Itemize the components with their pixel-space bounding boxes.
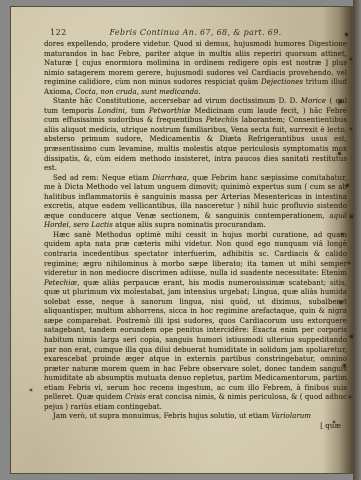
italic-text-run: Morice (301, 97, 326, 105)
text-run: atque aliis supra nominatis procurandam. (113, 221, 266, 229)
ink-speck (339, 100, 342, 103)
paragraph: Jam verò, ut supra monuimus, Febris huju… (44, 412, 347, 422)
text-run: Sed ad rem: Neque etiam (53, 174, 152, 182)
text-run: Stante hâc Constitutione, accersebar ad … (53, 97, 301, 105)
page-border-frame: 122 Febris Continua An. 67, 68, & part. … (10, 6, 353, 474)
italic-text-run: Variolarum (271, 412, 311, 420)
italic-text-run: Petechiæ (44, 279, 77, 287)
ink-speck (341, 233, 343, 235)
ink-speck (349, 396, 351, 398)
italic-text-run: Londini (98, 107, 125, 115)
scanned-book-page: 122 Febris Continua An. 67, 68, & part. … (0, 0, 361, 480)
text-run: , quæ aliàs perpaucæ erant, his modis nu… (44, 279, 347, 402)
italic-text-run: sero Lactis (73, 221, 112, 229)
running-title: Febris Continua An. 67, 68, & part. 69. (44, 28, 347, 37)
text-run: Hæc sanè Methodus optimè mihi cessit in … (44, 231, 347, 277)
ink-speck (30, 389, 32, 391)
paragraph: Stante hâc Constitutione, accersebar ad … (44, 97, 347, 173)
paragraph: Sed ad rem: Neque etiam Diarrhœa, quæ Fe… (44, 174, 347, 231)
ink-speck (346, 184, 349, 187)
italic-text-run: Dejectiones (261, 78, 303, 86)
text-run: laborantem; Consentientibus aliis aliquo… (44, 116, 347, 172)
italic-text-run: Diarrhœa (152, 174, 187, 182)
ink-speck (339, 301, 342, 304)
ink-speck (345, 33, 348, 36)
ink-speck (343, 364, 346, 367)
ink-speck (333, 421, 335, 423)
italic-text-run: Cocta, non cruda, sunt medicanda. (75, 88, 201, 96)
italic-text-run: Petworthiæ (149, 107, 191, 115)
ink-speck (350, 335, 353, 338)
text-run: Jam verò, ut supra monuimus, Febris huju… (53, 412, 271, 420)
text-run: , tum (125, 107, 149, 115)
catchword: [ quæ (44, 422, 347, 432)
italic-text-run: Crisis (125, 393, 146, 401)
italic-text-run: Petechiis (206, 116, 238, 124)
paragraph: Hæc sanè Methodus optimè mihi cessit in … (44, 231, 347, 412)
ink-speck (350, 128, 352, 130)
paragraph: dores expellendo, prodere videtur. Quod … (44, 40, 347, 97)
ink-speck (350, 58, 352, 60)
page-number: 122 (50, 28, 67, 37)
ink-speck (348, 262, 350, 264)
ink-speck (350, 215, 353, 218)
body-text: dores expellendo, prodere videtur. Quod … (44, 40, 347, 431)
scan-right-edge (353, 0, 361, 480)
page-header: 122 Febris Continua An. 67, 68, & part. … (44, 28, 347, 37)
ink-speck (338, 152, 341, 155)
